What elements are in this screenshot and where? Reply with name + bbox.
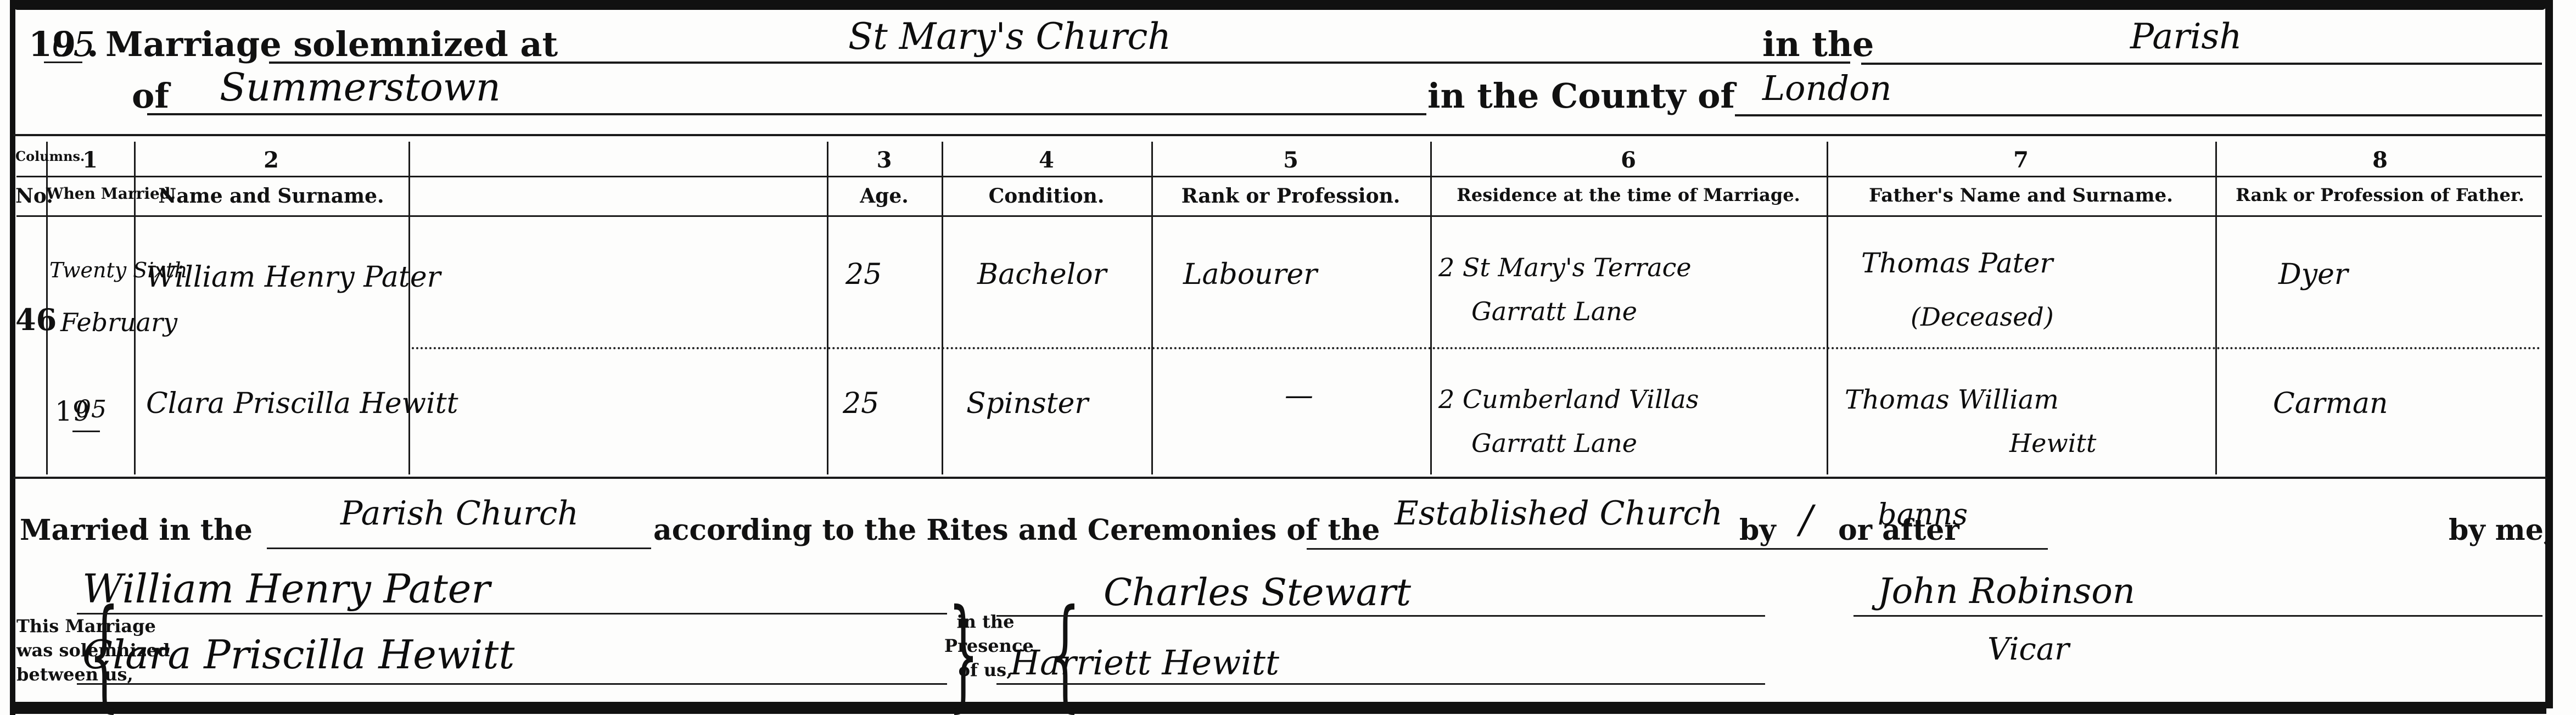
witness-1-signature: Charles Stewart xyxy=(1104,571,1411,615)
district-underline xyxy=(1861,63,2542,65)
rites-label: according to the Rites and Ceremonies of… xyxy=(653,513,1380,547)
between-label-line3: between us, xyxy=(16,662,71,686)
marriage-certificate: 19 05 . Marriage solemnized at St Mary's… xyxy=(0,0,2576,715)
solemnized-label: Marriage solemnized at xyxy=(105,24,558,64)
groom-father-status: (Deceased) xyxy=(1911,302,2054,332)
by-underline xyxy=(1755,548,1837,550)
venue-value: St Mary's Church xyxy=(848,15,1171,58)
col-0-label: No. xyxy=(15,185,46,208)
bride-father-name: Thomas William xyxy=(1845,384,2059,415)
year-underline xyxy=(44,62,82,63)
venue-underline xyxy=(269,62,1850,64)
bride-profession: — xyxy=(1285,379,1313,412)
or-after-value: banns xyxy=(1878,497,1968,532)
groom-name: William Henry Pater xyxy=(146,261,440,294)
columns-label: Columns. xyxy=(15,148,46,164)
bride-age: 25 xyxy=(843,387,879,420)
groom-residence-line2: Garratt Lane xyxy=(1471,297,1637,326)
married-in-label: Married in the xyxy=(20,513,253,547)
married-in-value: Parish Church xyxy=(340,494,579,533)
frame-top-border xyxy=(13,0,2546,10)
or-after-underline xyxy=(1871,548,1945,550)
by-value: / xyxy=(1800,497,1813,542)
officiant-title: Vicar xyxy=(1987,632,2069,667)
county-label: in the County of xyxy=(1427,76,1735,116)
officiant-signature: John Robinson xyxy=(1878,571,2135,612)
witness-2-signature: Harriett Hewitt xyxy=(1010,643,1279,683)
by-me-label: by me, xyxy=(2449,513,2553,547)
col-4-number: 4 xyxy=(942,147,1151,173)
party-1-line xyxy=(77,613,947,615)
entry-number: 46 xyxy=(15,302,46,337)
party-2-signature: Clara Priscilla Hewitt xyxy=(82,632,514,678)
col-divider xyxy=(408,142,410,474)
col-5-number: 5 xyxy=(1151,147,1430,173)
groom-father-name: Thomas Pater xyxy=(1861,247,2053,279)
party-separator xyxy=(412,347,2542,349)
in-the-label: in the xyxy=(1762,24,1874,64)
groom-condition: Bachelor xyxy=(977,258,1106,291)
of-label: of xyxy=(132,76,169,116)
groom-profession: Labourer xyxy=(1183,258,1317,291)
col-7-number: 7 xyxy=(1827,147,2215,173)
parish-value: Summerstown xyxy=(220,65,501,110)
officiant-line xyxy=(1853,615,2543,617)
when-married-year-suffix: 05 xyxy=(76,395,107,423)
col-8-label: Rank or Profession of Father. xyxy=(2215,185,2545,205)
col-6-number: 6 xyxy=(1430,147,1827,173)
table-bottom-rule xyxy=(13,477,2546,479)
between-label-line1: This Marriage xyxy=(16,614,71,638)
between-label: This Marriage was solemnized between us, xyxy=(16,614,71,686)
header-mid-rule xyxy=(16,176,2542,177)
groom-residence-line1: 2 St Mary's Terrace xyxy=(1438,253,1692,282)
bride-name: Clara Priscilla Hewitt xyxy=(146,387,458,420)
witness-1-line xyxy=(996,615,1765,617)
bride-condition: Spinster xyxy=(966,387,1088,420)
col-7-label: Father's Name and Surname. xyxy=(1827,185,2215,206)
bride-father-surname: Hewitt xyxy=(2009,428,2096,458)
parish-underline xyxy=(147,113,1426,115)
col-8-number: 8 xyxy=(2215,147,2545,173)
by-label: by xyxy=(1739,513,1776,547)
col-2-number: 2 xyxy=(134,147,408,173)
year-underline xyxy=(72,431,100,432)
frame-right-border xyxy=(2545,0,2553,708)
header-bottom-rule xyxy=(16,215,2542,217)
county-value: London xyxy=(1762,68,1891,108)
col-1-label: When Married. xyxy=(46,185,134,203)
presence-label-line1: in the xyxy=(944,610,1027,634)
district-type-value: Parish xyxy=(2130,16,2242,57)
title-period: . xyxy=(87,24,99,64)
county-underline xyxy=(1735,114,2542,116)
col-1-number: 1 xyxy=(46,147,134,173)
col-6-label: Residence at the time of Marriage. xyxy=(1430,185,1827,205)
col-5-label: Rank or Profession. xyxy=(1151,185,1430,208)
col-4-label: Condition. xyxy=(942,185,1151,208)
married-in-underline xyxy=(267,548,651,549)
col-2-label: Name and Surname. xyxy=(134,185,408,208)
bride-residence-line2: Garratt Lane xyxy=(1471,428,1637,458)
party-1-signature: William Henry Pater xyxy=(82,566,490,612)
groom-father-profession: Dyer xyxy=(2278,258,2348,291)
party-2-line xyxy=(77,683,947,685)
table-top-rule xyxy=(13,134,2546,136)
groom-age: 25 xyxy=(845,258,882,291)
frame-left-border xyxy=(10,0,15,715)
col-3-label: Age. xyxy=(827,185,942,208)
witness-2-line xyxy=(996,683,1765,685)
between-label-line2: was solemnized xyxy=(16,638,71,662)
bride-father-profession: Carman xyxy=(2273,387,2388,420)
frame-bottom-border xyxy=(13,702,2546,714)
bride-residence-line1: 2 Cumberland Villas xyxy=(1438,384,1699,414)
rites-value: Established Church xyxy=(1395,494,1723,533)
when-married-month: February xyxy=(60,308,177,337)
col-3-number: 3 xyxy=(827,147,942,173)
